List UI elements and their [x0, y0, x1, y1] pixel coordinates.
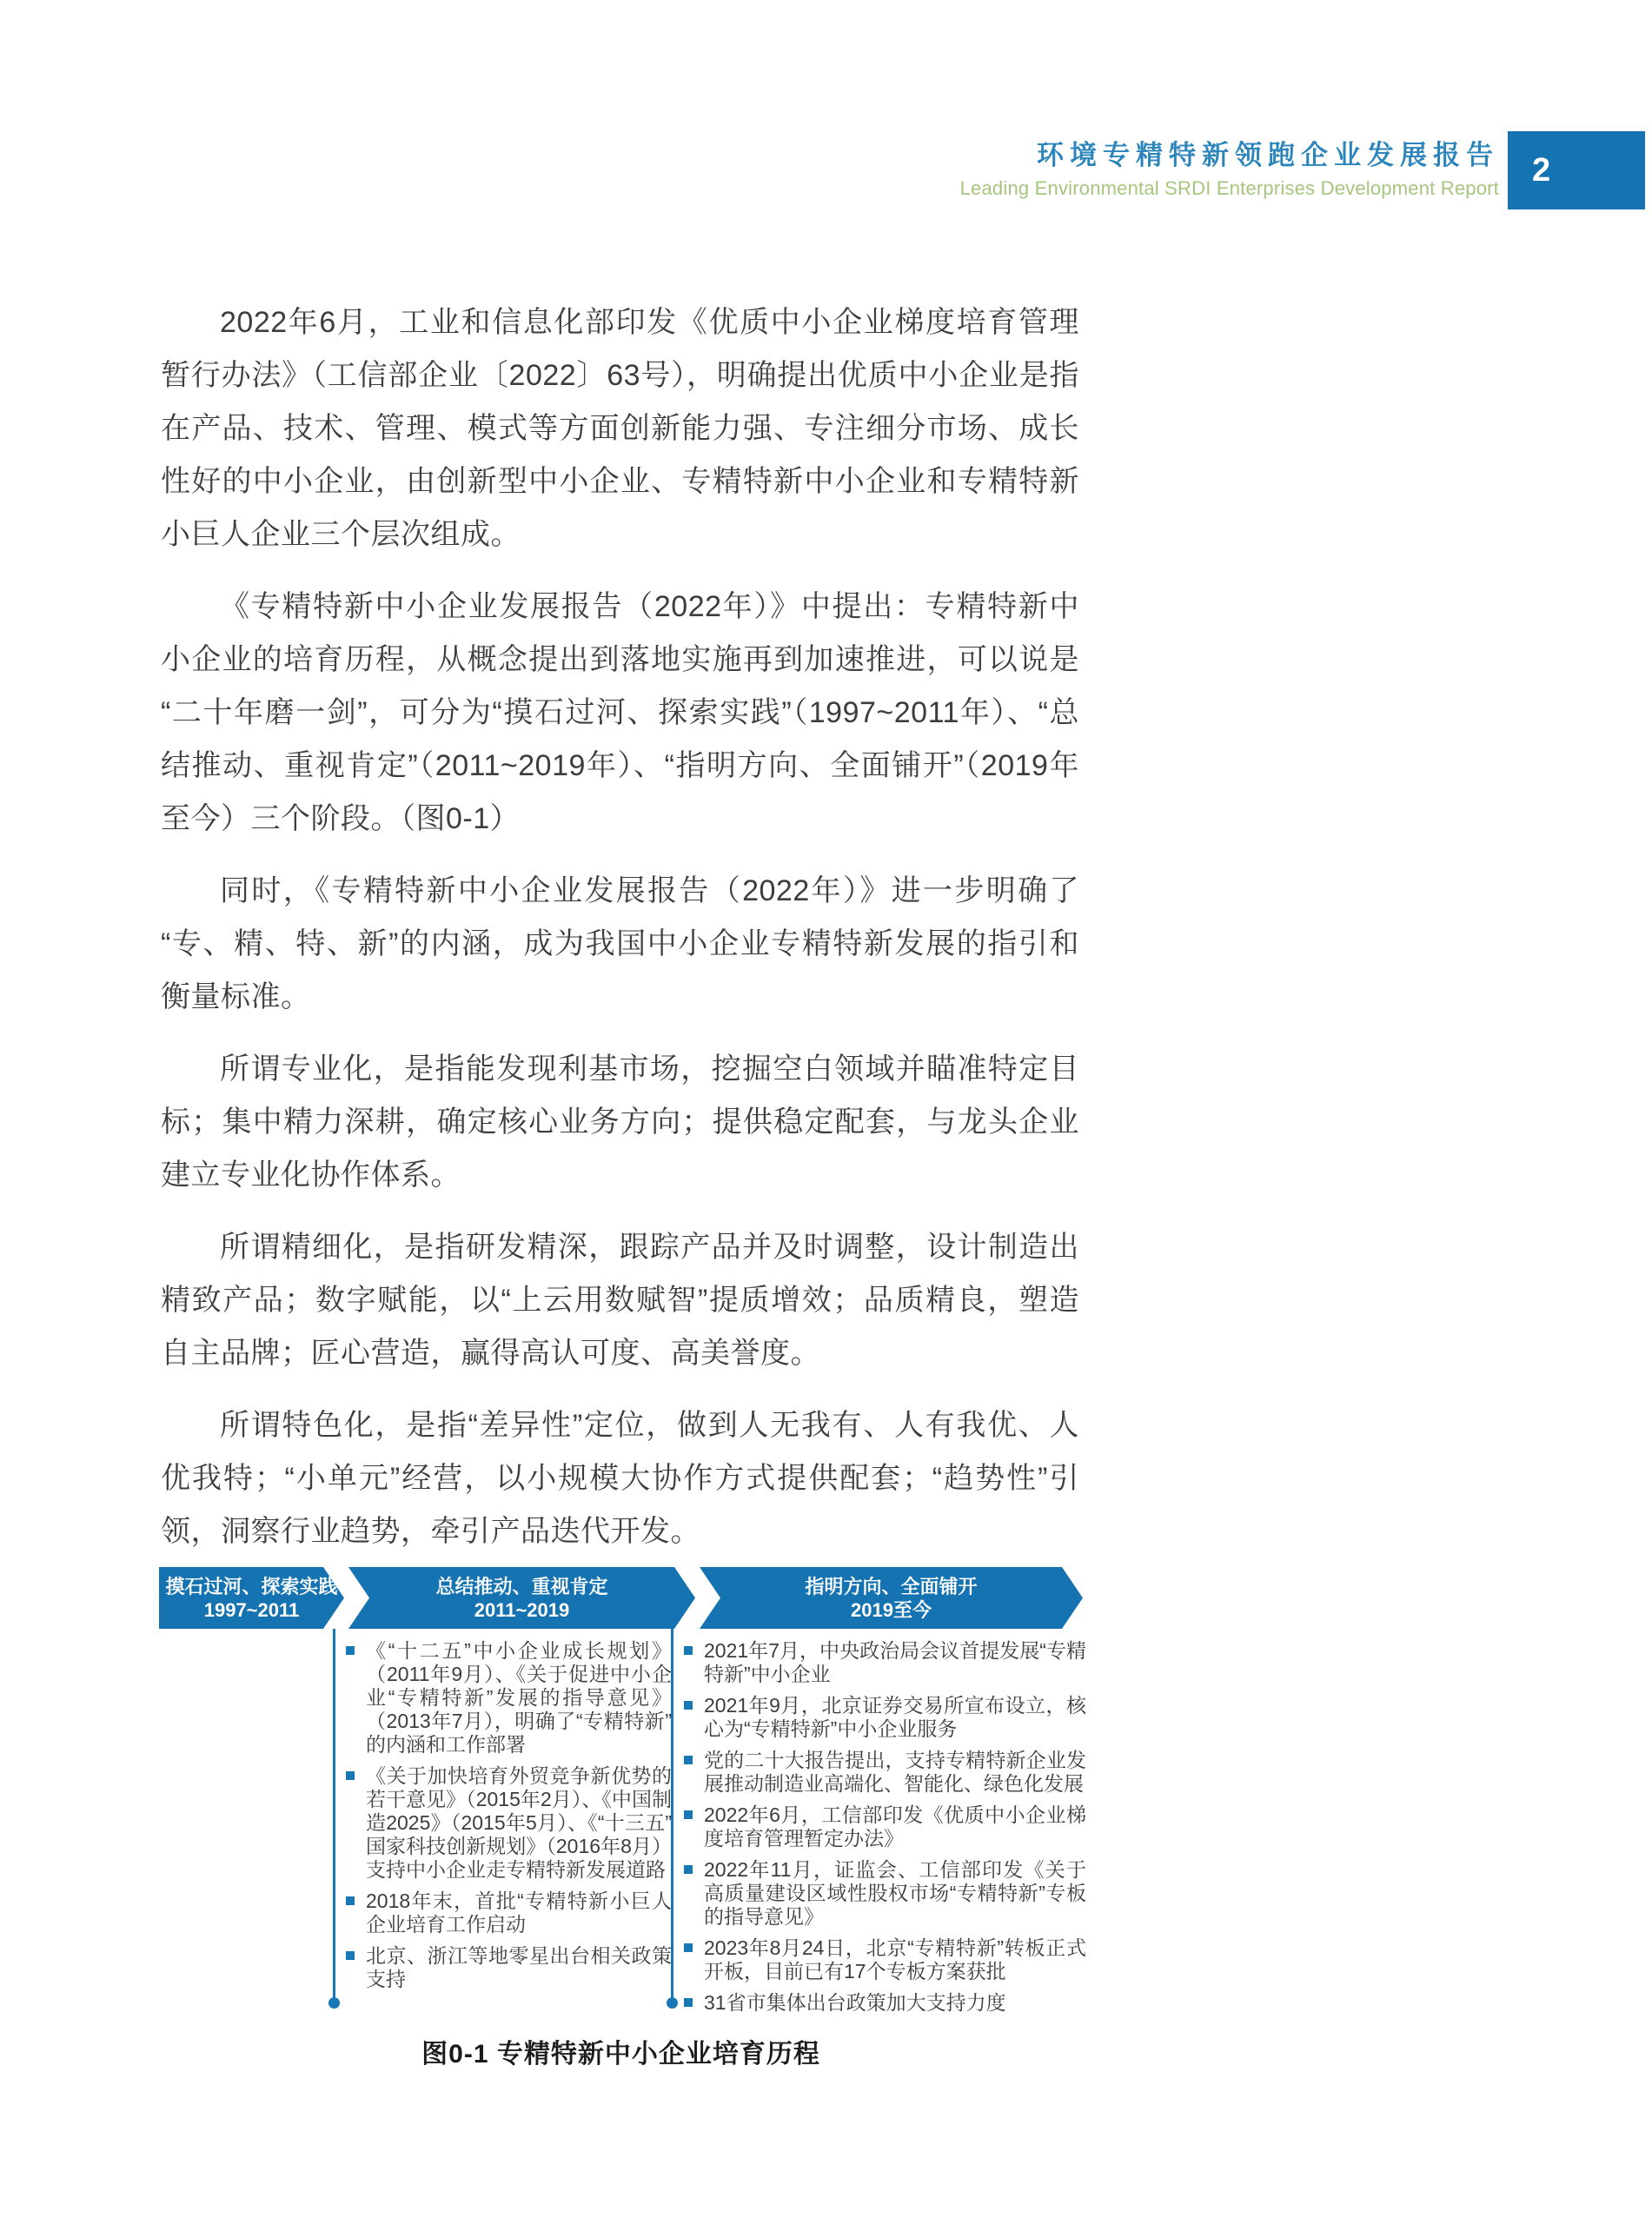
phase-2-period: 2011~2019 [348, 1598, 695, 1622]
paragraph-2: 《专精特新中小企业发展报告（2022年）》中提出：专精特新中小企业的培育历程，从… [161, 581, 1079, 846]
phase-2-event-list: 《“十二五”中小企业成长规划》（2011年9月）、《关于促进中小企业“专精特新”… [333, 1629, 672, 1991]
figure-0-1-timeline: 摸石过河、探索实践 1997~2011 总结推动、重视肯定 2011~2019 … [159, 1567, 1083, 2106]
timeline-event: 2023年8月24日，北京“专精特新”转板正式开板，目前已有17个专板方案获批 [671, 1936, 1086, 1983]
report-title-chinese: 环境专精特新领跑企业发展报告 [960, 141, 1499, 170]
page-number: 2 [1532, 152, 1550, 189]
page-header: 环境专精特新领跑企业发展报告 Leading Environmental SRD… [960, 141, 1499, 200]
timeline-event: 《关于加快培育外贸竞争新优势的若干意见》（2015年2月）、《中国制造2025》… [333, 1764, 672, 1882]
paragraph-6: 所谓特色化，是指“差异性”定位，做到人无我有、人有我优、人优我特；“小单元”经营… [161, 1399, 1079, 1558]
paragraph-4: 所谓专业化，是指能发现利基市场，挖掘空白领域并瞄准特定目标；集中精力深耕，确定核… [161, 1043, 1079, 1202]
phase-3-event-column: 2021年7月，中央政治局会议首提发展“专精特新”中小企业 2021年9月，北京… [671, 1629, 1086, 2022]
timeline-event: 党的二十大报告提出，支持专精特新企业发展推动制造业高端化、智能化、绿色化发展 [671, 1749, 1086, 1796]
timeline-event: 2018年末，首批“专精特新小巨人企业培育工作启动 [333, 1890, 672, 1936]
timeline-event: 2021年7月，中央政治局会议首提发展“专精特新”中小企业 [671, 1639, 1086, 1686]
phase-banner-2: 总结推动、重视肯定 2011~2019 [348, 1567, 695, 1629]
body-text: 2022年6月，工业和信息化部印发《优质中小企业梯度培育管理暂行办法》（工信部企… [161, 296, 1079, 1577]
timeline-event: 2022年11月，证监会、工信部印发《关于高质量建设区域性股权市场“专精特新”专… [671, 1858, 1086, 1929]
timeline-phase-banners: 摸石过河、探索实践 1997~2011 总结推动、重视肯定 2011~2019 … [159, 1567, 1083, 1629]
phase-1-title: 摸石过河、探索实践 [159, 1575, 344, 1598]
timeline-event: 2022年6月，工信部印发《优质中小企业梯度培育管理暂定办法》 [671, 1803, 1086, 1850]
phase-3-event-list: 2021年7月，中央政治局会议首提发展“专精特新”中小企业 2021年9月，北京… [671, 1629, 1086, 2015]
phase-3-period: 2019至今 [700, 1598, 1083, 1622]
timeline-event: 北京、浙江等地零星出台相关政策支持 [333, 1944, 672, 1991]
phase-banner-3: 指明方向、全面铺开 2019至今 [700, 1567, 1083, 1629]
phase-2-title: 总结推动、重视肯定 [348, 1575, 695, 1598]
phase-1-period: 1997~2011 [159, 1598, 344, 1622]
page-number-badge: 2 [1508, 131, 1645, 209]
timeline-event: 31省市集体出台政策加大支持力度 [671, 1991, 1086, 2015]
phase-3-title: 指明方向、全面铺开 [700, 1575, 1083, 1598]
paragraph-3: 同时，《专精特新中小企业发展报告（2022年）》进一步明确了“专、精、特、新”的… [161, 865, 1079, 1024]
paragraph-1: 2022年6月，工业和信息化部印发《优质中小企业梯度培育管理暂行办法》（工信部企… [161, 296, 1079, 561]
report-page: 环境专精特新领跑企业发展报告 Leading Environmental SRD… [0, 0, 1652, 2225]
figure-caption: 图0-1 专精特新中小企业培育历程 [159, 2032, 1083, 2070]
report-title-english: Leading Environmental SRDI Enterprises D… [960, 177, 1499, 200]
phase-2-event-column: 《“十二五”中小企业成长规划》（2011年9月）、《关于促进中小企业“专精特新”… [333, 1629, 672, 1999]
timeline-event: 《“十二五”中小企业成长规划》（2011年9月）、《关于促进中小企业“专精特新”… [333, 1639, 672, 1757]
phase-banner-1: 摸石过河、探索实践 1997~2011 [159, 1567, 344, 1629]
timeline-event: 2021年9月，北京证券交易所宣布设立，核心为“专精特新”中小企业服务 [671, 1694, 1086, 1741]
paragraph-5: 所谓精细化，是指研发精深，跟踪产品并及时调整，设计制造出精致产品；数字赋能，以“… [161, 1221, 1079, 1380]
